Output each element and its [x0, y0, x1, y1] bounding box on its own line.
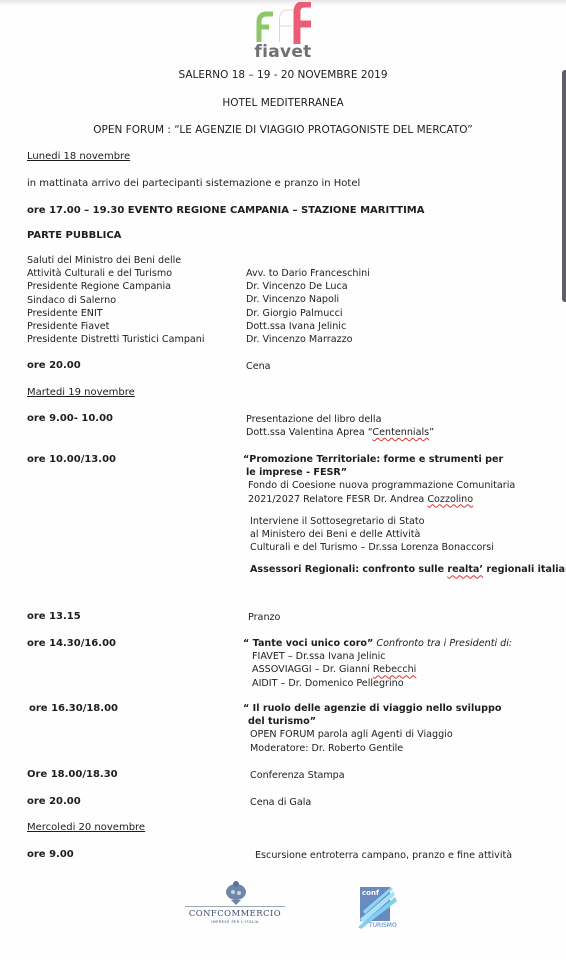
event-dates: SALERNO 18 – 19 - 20 NOVEMBRE 2019: [0, 69, 566, 81]
speaker-name: Cozzolino: [427, 494, 473, 505]
wednesday-desc: Escursione entroterra campano, pranzo e …: [255, 849, 512, 862]
session-2-time: ore 10.00/13.00: [27, 454, 116, 465]
confturismo-icon: conf TURISMO: [355, 887, 400, 929]
session-5-line-4: Moderatore: Dr. Roberto Gentile: [243, 742, 501, 755]
text: regionali italiane: [483, 564, 566, 575]
roles-list: Saluti del Ministro dei Beni delle Attiv…: [27, 254, 205, 346]
monday-intro: in mattinata arrivo dei partecipanti sis…: [27, 178, 360, 189]
session-7-time: ore 20.00: [27, 796, 81, 807]
section-public: PARTE PUBBLICA: [27, 230, 121, 241]
text: Assessori Regionali: confronto sulle: [250, 564, 447, 575]
session-5-title-1: “ Il ruolo delle agenzie di viaggio nell…: [243, 702, 501, 715]
session-4-time: ore 14.30/16.00: [27, 638, 116, 649]
session-3-desc: Pranzo: [248, 611, 280, 624]
text: Confronto tra i Presidenti di:: [373, 638, 512, 649]
person-0: Avv. to Dario Franceschini: [246, 267, 370, 280]
session-2-desc: “Promozione Territoriale: forme e strume…: [243, 453, 566, 577]
person-5: Dr. Vincenzo Marrazzo: [246, 333, 370, 346]
text: 2021/2027 Relatore FESR Dr. Andrea: [248, 494, 427, 505]
names-list: Avv. to Dario Franceschini Dr. Vincenzo …: [246, 267, 370, 346]
person-1: Dr. Vincenzo De Luca: [246, 280, 370, 293]
session-2-line-6: al Ministero dei Beni e delle Attività: [243, 528, 566, 541]
session-4-desc: “ Tante voci unico coro” Confronto tra i…: [243, 637, 512, 690]
session-4-line-3: ASSOVIAGGI – Dr. Gianni Rebecchi: [243, 663, 512, 676]
event-title: OPEN FORUM : “LE AGENZIE DI VIAGGIO PROT…: [0, 124, 566, 136]
role-4: Presidente Fiavet: [27, 320, 205, 333]
monday-dinner-time: ore 20.00: [27, 360, 81, 371]
text: ASSOVIAGGI – Dr. Gianni: [252, 664, 373, 675]
session-6-desc: Conferenza Stampa: [250, 769, 345, 782]
book-title: Centennials: [372, 427, 429, 438]
monday-event: ore 17.00 – 19.30 EVENTO REGIONE CAMPANI…: [27, 205, 425, 216]
session-5-desc: “ Il ruolo delle agenzie di viaggio nell…: [243, 702, 501, 755]
session-5-title-2: del turismo”: [243, 715, 501, 728]
person-4: Dott.ssa Ivana Jelinic: [246, 320, 370, 333]
role-2: Sindaco di Salerno: [27, 294, 205, 307]
role-5: Presidente Distretti Turistici Campani: [27, 333, 205, 346]
svg-text:TURISMO: TURISMO: [368, 922, 397, 929]
session-6-time: Ore 18.00/18.30: [27, 769, 118, 780]
session-5-line-3: OPEN FORUM parola agli Agenti di Viaggio: [243, 728, 501, 741]
person-3: Dr. Giorgio Palmucci: [246, 307, 370, 320]
greeting-line: Saluti del Ministro dei Beni delle: [27, 254, 205, 267]
day-heading-monday: Lunedi 18 novembre: [27, 151, 130, 162]
session-1-line-2: Dott.ssa Valentina Aprea “Centennials”: [246, 426, 434, 439]
wednesday-time: ore 9.00: [27, 849, 74, 860]
session-2-line-7: Culturali e del Turismo – Dr.ssa Lorenza…: [243, 541, 566, 554]
event-venue: HOTEL MEDITERRANEA: [0, 97, 566, 109]
day-heading-tuesday: Martedi 19 novembre: [27, 387, 135, 398]
session-1-line-1: Presentazione del libro della: [246, 413, 434, 426]
session-4-title: “ Tante voci unico coro” Confronto tra i…: [243, 637, 512, 650]
text: realta’: [447, 564, 483, 575]
text: ”: [429, 427, 434, 438]
confcommercio-text: CONFCOMMERCIO: [185, 908, 285, 918]
session-4-line-2: FIAVET – Dr.ssa Ivana Jelinic: [243, 650, 512, 663]
text: “ Tante voci unico coro”: [243, 638, 373, 649]
role-3: Presidente ENIT: [27, 307, 205, 320]
session-7-desc: Cena di Gala: [250, 796, 311, 809]
session-2-line-3: Fondo di Coesione nuova programmazione C…: [243, 479, 566, 492]
session-4-line-4: AIDIT – Dr. Domenico Pellegrino: [243, 677, 512, 690]
role-0: Attività Culturali e del Turismo: [27, 267, 205, 280]
session-5-time: ore 16.30/18.00: [29, 703, 118, 714]
text: Dott.ssa Valentina Aprea “: [246, 427, 372, 438]
session-2-title-1: “Promozione Territoriale: forme e strume…: [243, 453, 566, 466]
confturismo-logo: conf TURISMO: [355, 887, 400, 929]
session-2-line-5: Interviene il Sottosegretario di Stato: [243, 515, 566, 528]
confcommercio-logo: CONFCOMMERCIO IMPRESE PER L'ITALIA: [185, 880, 285, 930]
session-1-desc: Presentazione del libro della Dott.ssa V…: [246, 413, 434, 439]
text: Rebecchi: [373, 664, 416, 675]
day-heading-wednesday: Mercoledi 20 novembre: [27, 822, 145, 833]
svg-text:conf: conf: [362, 889, 380, 897]
session-2-title-2: le imprese - FESR”: [243, 466, 566, 479]
person-2: Dr. Vincenzo Napoli: [246, 293, 370, 306]
fiavet-logo-text: fiavet: [0, 42, 566, 62]
monday-dinner: Cena: [246, 360, 271, 373]
eagle-icon: [223, 880, 249, 906]
session-3-time: ore 13.15: [27, 611, 81, 622]
confcommercio-subtitle: IMPRESE PER L'ITALIA: [185, 920, 285, 924]
session-2-line-8: Assessori Regionali: confronto sulle rea…: [243, 563, 566, 576]
session-1-time: ore 9.00- 10.00: [27, 413, 113, 424]
session-2-line-4: 2021/2027 Relatore FESR Dr. Andrea Cozzo…: [243, 493, 566, 506]
role-1: Presidente Regione Campania: [27, 280, 205, 293]
